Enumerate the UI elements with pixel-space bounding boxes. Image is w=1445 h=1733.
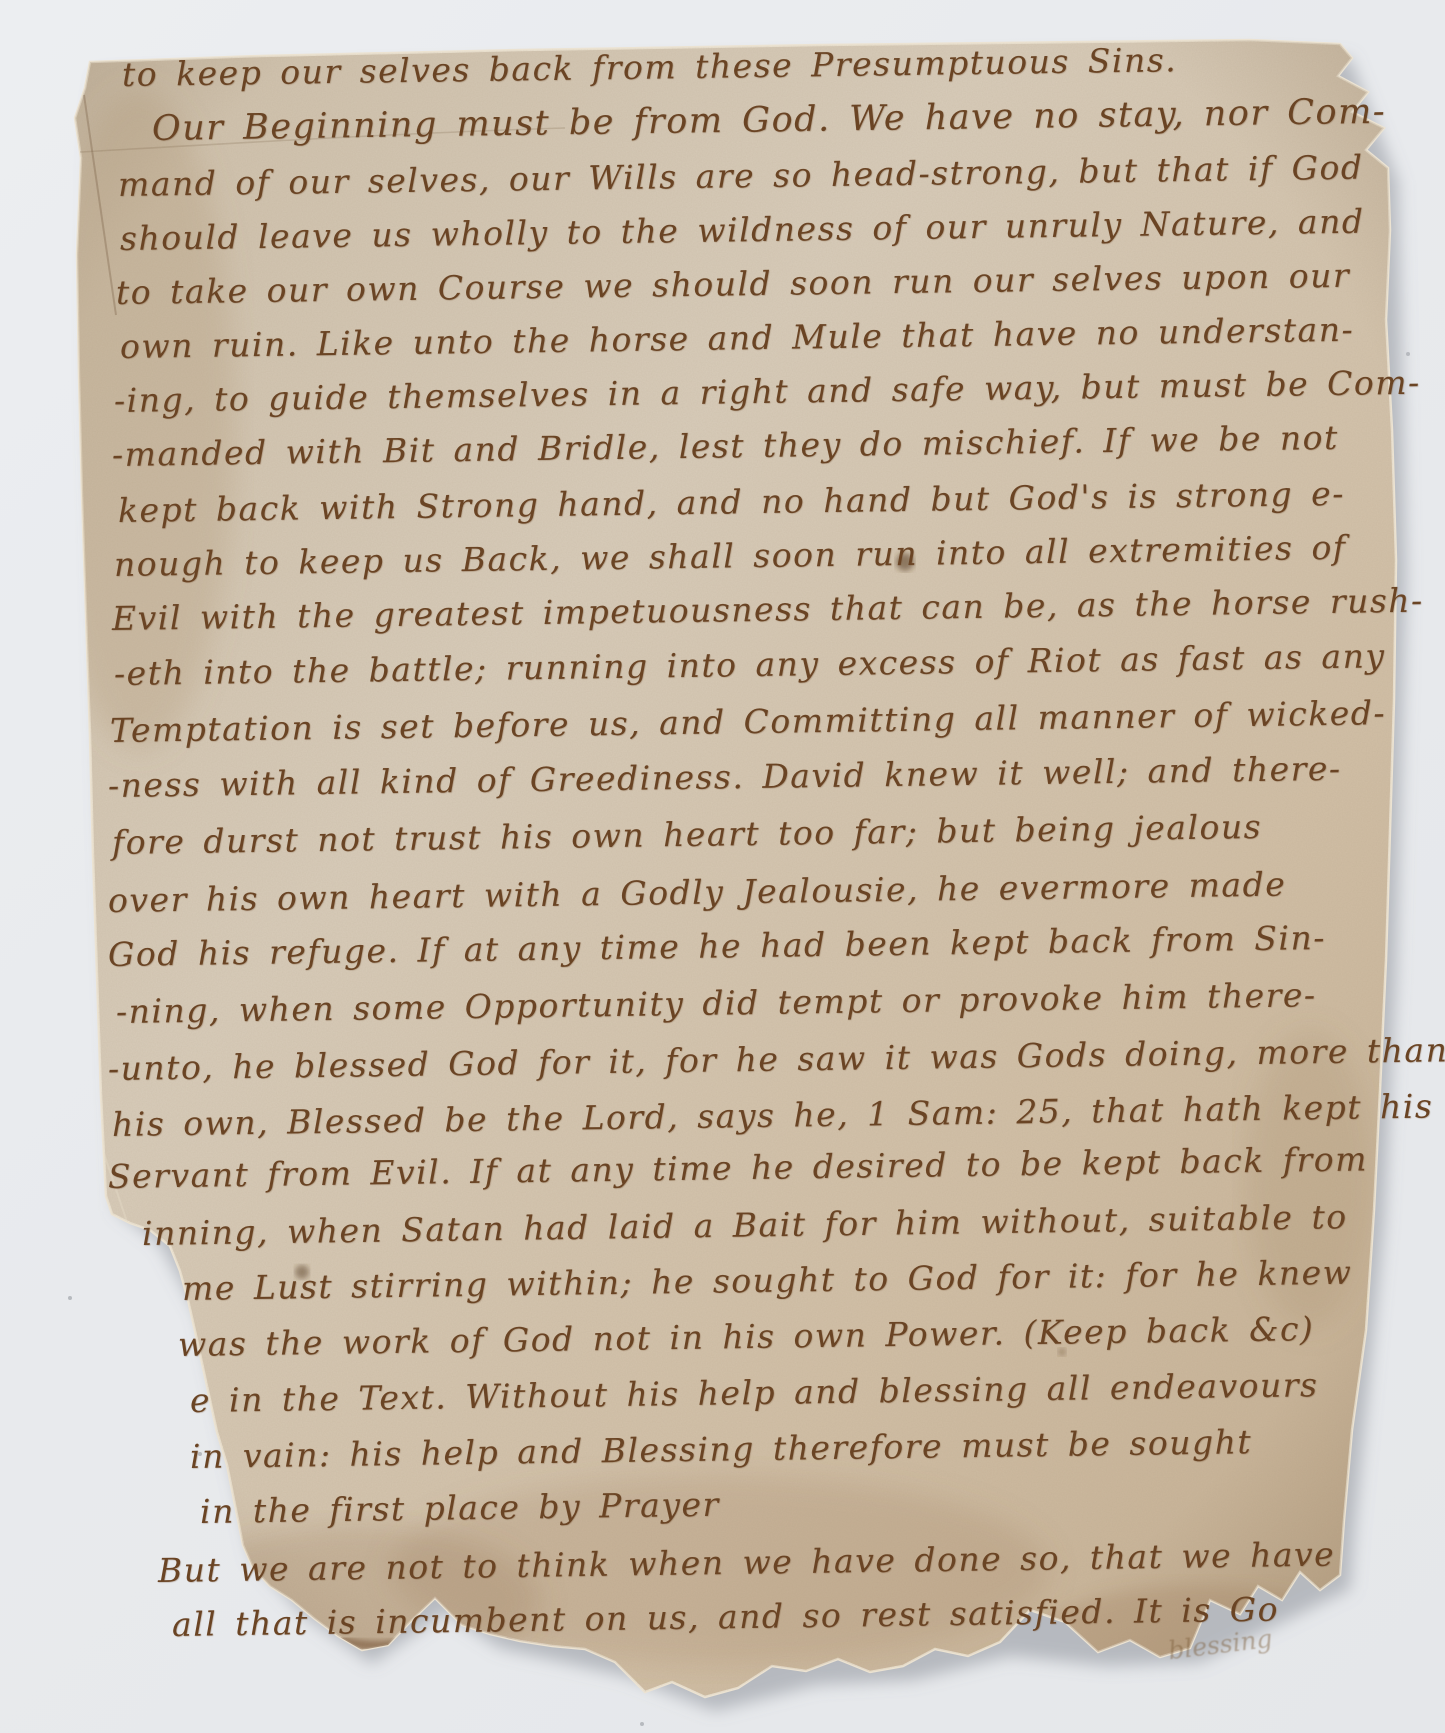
dust-speck — [68, 1296, 72, 1300]
ink-spot — [295, 1265, 309, 1279]
dust-speck — [1406, 352, 1410, 356]
stain — [1245, 1030, 1375, 1330]
ink-spot — [1058, 1348, 1066, 1356]
dust-speck — [198, 1452, 202, 1456]
dust-speck — [640, 1722, 644, 1726]
photo-background: to keep our selves back from these Presu… — [0, 0, 1445, 1733]
stain — [170, 1525, 540, 1675]
stain — [45, 90, 235, 750]
manuscript-paper — [0, 0, 1445, 1733]
ink-smear — [310, 1656, 470, 1662]
ink-spot — [896, 553, 914, 571]
